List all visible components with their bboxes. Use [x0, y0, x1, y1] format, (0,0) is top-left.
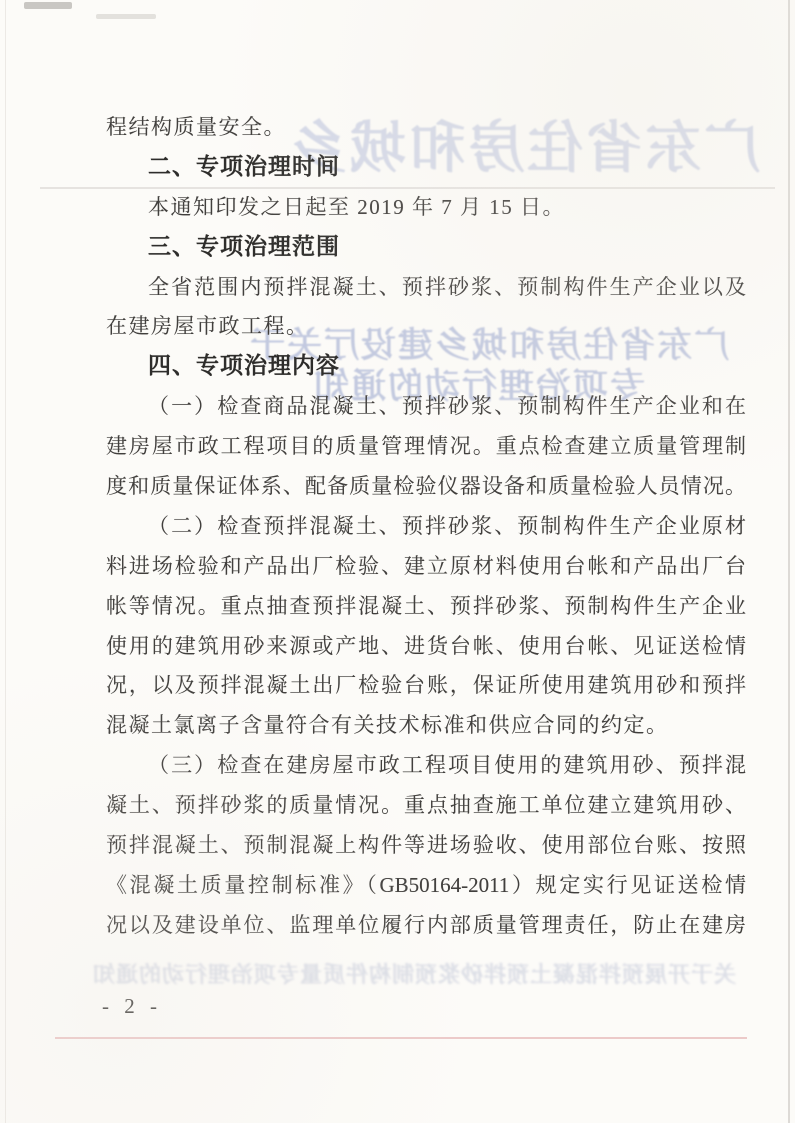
- scan-speck: [96, 14, 156, 19]
- text-line: 况，以及预拌混凝土出厂检验台账，保证所使用建筑用砂和预拌: [106, 666, 746, 706]
- document-page: 广东省住房和城乡 广东省住房和城乡建设厅关于 专项治理行动的通知 关于开展预拌混…: [0, 0, 795, 1123]
- section-heading: 四、专项治理内容: [106, 347, 746, 387]
- text-line: 况以及建设单位、监理单位履行内部质量管理责任，防止在建房: [106, 906, 746, 946]
- scan-edge-right: [788, 0, 790, 1123]
- text-line: 料进场检验和产品出厂检验、建立原材料使用台帐和产品出厂台: [106, 547, 746, 587]
- section-heading: 二、专项治理时间: [106, 148, 746, 188]
- text-line: （二）检查预拌混凝土、预拌砂浆、预制构件生产企业原材: [106, 507, 746, 547]
- text-line: 混凝土氯离子含量符合有关技术标准和供应合同的约定。: [106, 706, 746, 746]
- text-line: 度和质量保证体系、配备质量检验仪器设备和质量检验人员情况。: [106, 467, 746, 507]
- text-line: 程结构质量安全。: [106, 108, 746, 148]
- text-line: （三）检查在建房屋市政工程项目使用的建筑用砂、预拌混: [106, 746, 746, 786]
- page-number: - 2 -: [102, 994, 162, 1019]
- scan-artifact-pink-line: [55, 1037, 747, 1039]
- text-line: 凝土、预拌砂浆的质量情况。重点抽查施工单位建立建筑用砂、: [106, 786, 746, 826]
- text-line: 本通知印发之日起至 2019 年 7 月 15 日。: [106, 188, 746, 228]
- text-line: 预拌混凝土、预制混凝上构件等进场验收、使用部位台账、按照: [106, 826, 746, 866]
- text-line: 使用的建筑用砂来源或产地、进货台帐、使用台帐、见证送检情: [106, 627, 746, 667]
- section-heading: 三、专项治理范围: [106, 228, 746, 268]
- text-line: 《混凝土质量控制标准》（GB50164-2011）规定实行见证送检情: [106, 866, 746, 906]
- text-line: （一）检查商品混凝土、预拌砂浆、预制构件生产企业和在: [106, 387, 746, 427]
- text-line: 在建房屋市政工程。: [106, 307, 746, 347]
- scan-speck: [24, 2, 72, 9]
- text-line: 全省范围内预拌混凝土、预拌砂浆、预制构件生产企业以及: [106, 268, 746, 308]
- text-line: 帐等情况。重点抽查预拌混凝土、预拌砂浆、预制构件生产企业: [106, 587, 746, 627]
- text-line: 建房屋市政工程项目的质量管理情况。重点检查建立质量管理制: [106, 427, 746, 467]
- bleedthrough-bottom-text: 关于开展预拌混凝土预拌砂浆预制构件质量专项治理行动的通知: [92, 958, 736, 989]
- document-text-column: 程结构质量安全。二、专项治理时间本通知印发之日起至 2019 年 7 月 15 …: [106, 108, 746, 946]
- scan-edge-left: [5, 0, 6, 1123]
